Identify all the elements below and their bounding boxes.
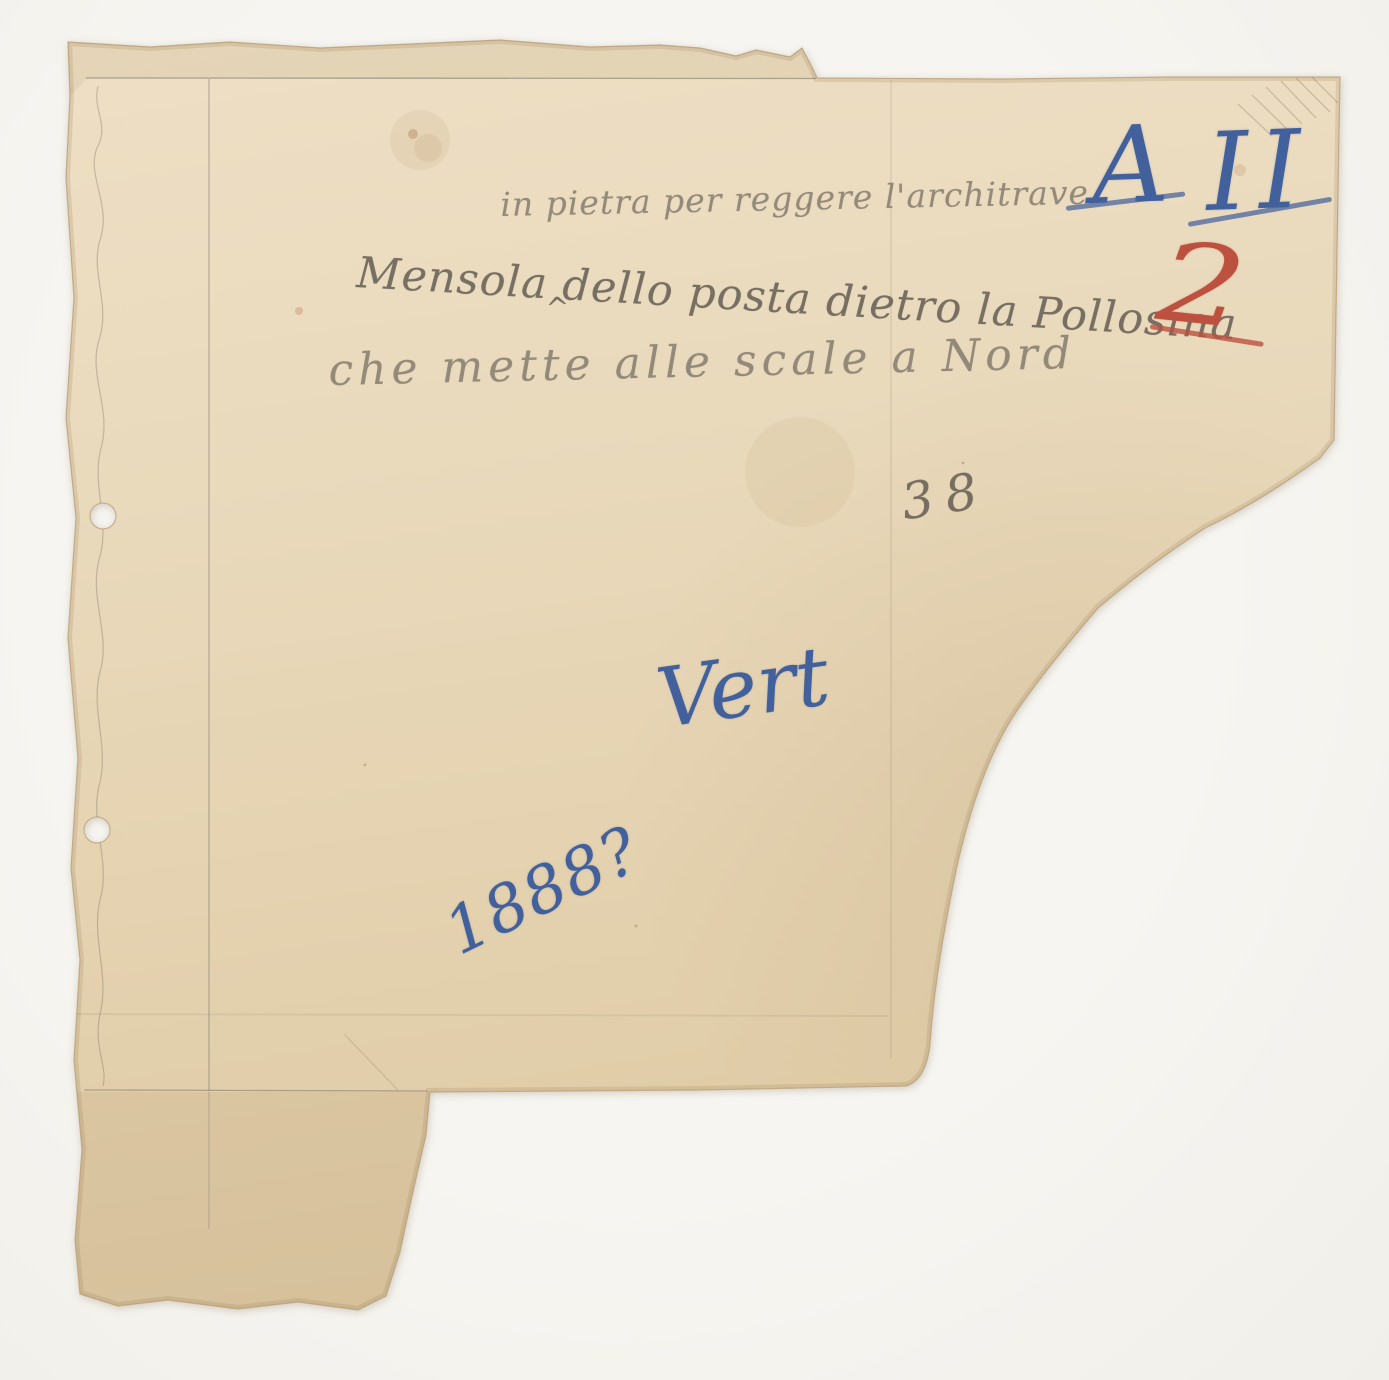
speck bbox=[364, 764, 367, 767]
stain bbox=[414, 134, 442, 162]
stain bbox=[745, 417, 855, 527]
speck bbox=[806, 203, 809, 206]
torn-bottom-piece bbox=[75, 1092, 430, 1310]
speck bbox=[1133, 620, 1136, 623]
ruled-line-top bbox=[86, 78, 816, 79]
stain-fleck bbox=[1234, 164, 1246, 176]
speck bbox=[962, 462, 965, 465]
speck bbox=[635, 925, 638, 928]
speck bbox=[519, 1229, 522, 1232]
stain-fleck bbox=[408, 129, 418, 139]
document-scan: in pietra per reggere l'architrave Menso… bbox=[0, 0, 1389, 1380]
paper-sheet-graphic bbox=[0, 0, 1389, 1380]
stain-fleck bbox=[295, 307, 303, 315]
